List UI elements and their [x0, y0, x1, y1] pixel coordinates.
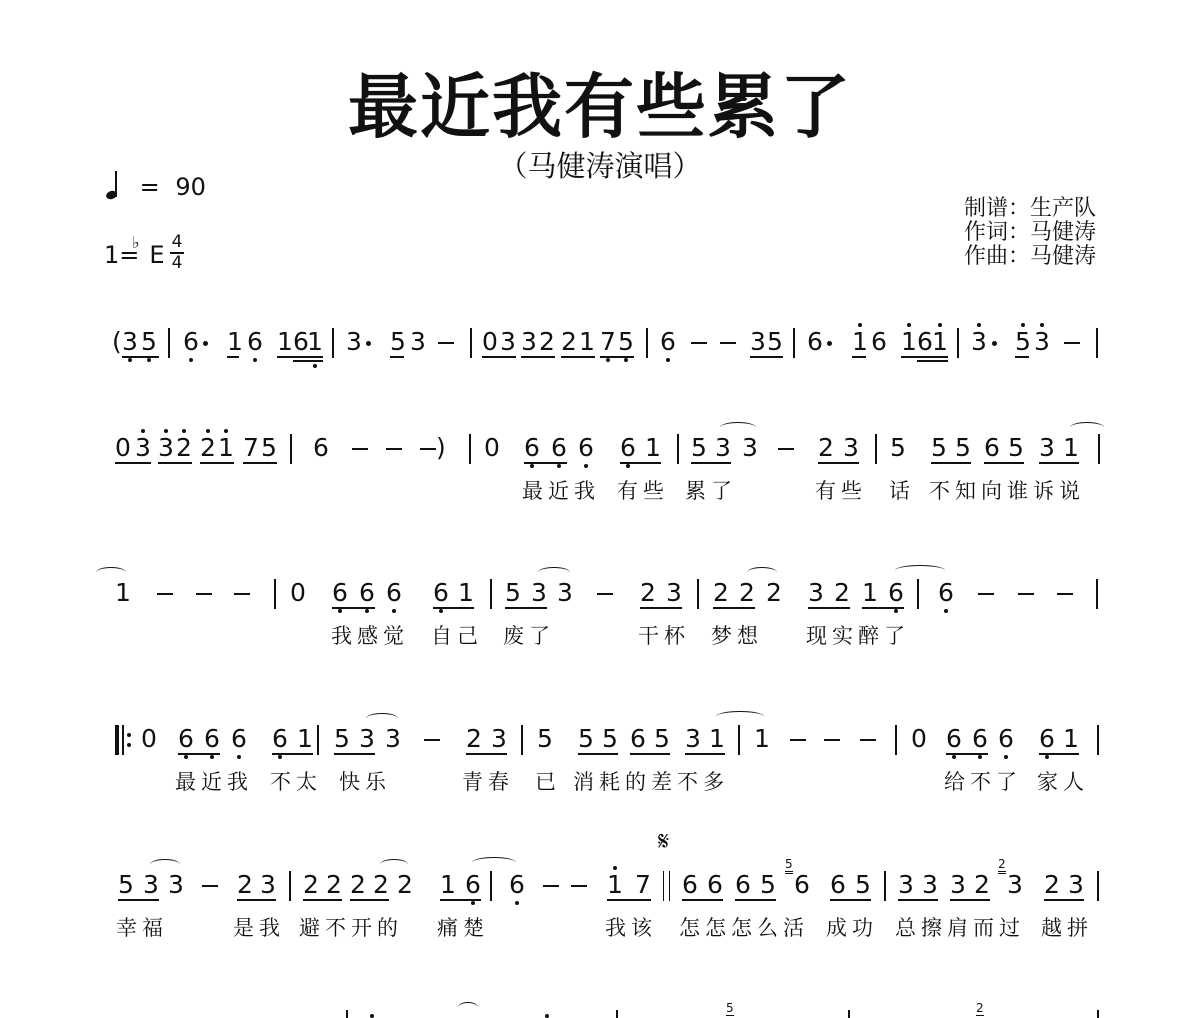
note: 1 [901, 328, 917, 356]
credit-arranger: 制谱：生产队 [964, 197, 1096, 221]
quarter-note-icon [106, 171, 122, 201]
lyric: 给不了 [944, 769, 1022, 795]
note: 3 [715, 434, 731, 462]
close-paren: ) [436, 434, 446, 462]
tie [472, 857, 516, 868]
open-paren: ( [112, 328, 122, 356]
note: 2 [713, 579, 729, 607]
note: 1 [579, 328, 595, 356]
credit-lyricist: 作词：马健涛 [964, 221, 1096, 245]
note: 5 [505, 579, 521, 607]
note: 3 [143, 871, 159, 899]
lyric: 不太 [270, 769, 322, 795]
note: 5 [334, 725, 350, 753]
note: 2 [766, 579, 782, 607]
note: 3 [491, 725, 507, 753]
lyric: 怎怎怎么活 [679, 915, 809, 941]
credits: 制谱：生产队 作词：马健涛 作曲：马健涛 [964, 197, 1096, 269]
note: 6 [386, 579, 402, 607]
note: 2 [350, 871, 366, 899]
tie [366, 713, 398, 724]
lyric: 自己 [431, 623, 483, 649]
tempo-bpm: 90 [175, 173, 206, 201]
note: 3 [742, 434, 758, 462]
note: 3 [346, 328, 362, 356]
lyric: 痛楚 [437, 915, 489, 941]
note: 1 [277, 328, 293, 356]
note: 3 [557, 579, 573, 607]
note: 2 [466, 725, 482, 753]
lyric: 总擦肩而过 [895, 915, 1025, 941]
tie [538, 567, 570, 578]
note: 2 [397, 871, 413, 899]
note: 1 [297, 725, 313, 753]
note: 5 [118, 871, 134, 899]
note: 5 [955, 434, 971, 462]
note: 6 [204, 725, 220, 753]
note: 6 [984, 434, 1000, 462]
note: 6 [735, 871, 751, 899]
note: 2 [373, 871, 389, 899]
lyric: 梦想 [711, 623, 763, 649]
note: 6 [551, 434, 567, 462]
lyric: 废了 [503, 623, 555, 649]
note: 3 [531, 579, 547, 607]
note: 2 [974, 871, 990, 899]
note: 1 [307, 328, 323, 356]
note: 6 [509, 871, 525, 899]
note: 6 [178, 725, 194, 753]
note: 3 [158, 434, 174, 462]
note: 5 [767, 328, 783, 356]
note: 6 [807, 328, 823, 356]
note: 1 [227, 328, 243, 356]
lyric: 最近我 [522, 478, 600, 504]
double-barline [663, 871, 670, 901]
note: 5 [855, 871, 871, 899]
note: 0 [141, 725, 157, 753]
lyric: 避不开的 [299, 915, 403, 941]
note: 1 [709, 725, 725, 753]
note: 3 [750, 328, 766, 356]
lyric: 累了 [685, 478, 737, 504]
note: 3 [685, 725, 701, 753]
note: 3 [808, 579, 824, 607]
tie [747, 567, 777, 578]
note: 2 [200, 434, 216, 462]
note: 5 [654, 725, 670, 753]
note: 3 [168, 871, 184, 899]
note: 6 [660, 328, 676, 356]
note: 2 [303, 871, 319, 899]
note: 0 [290, 579, 306, 607]
note: 3 [1039, 434, 1055, 462]
note: 3 [971, 328, 987, 356]
time-signature: 4 4 [170, 234, 184, 272]
tie [716, 711, 764, 722]
barline [168, 328, 170, 358]
note: 6 [830, 871, 846, 899]
note: 7 [600, 328, 616, 356]
note: 3 [1068, 871, 1084, 899]
flat-icon: ♭ [132, 226, 140, 260]
note: 0 [484, 434, 500, 462]
note: 6 [888, 579, 904, 607]
grace-note: 2 [976, 1002, 984, 1016]
note: 2 [237, 871, 253, 899]
note: 3 [898, 871, 914, 899]
note: 5 [261, 434, 277, 462]
tie [380, 859, 408, 870]
note: 3 [122, 328, 138, 356]
note: 3 [843, 434, 859, 462]
note: 5 [890, 434, 906, 462]
note: 1 [645, 434, 661, 462]
grace-note: 5 [785, 858, 793, 874]
lyric: 干杯 [638, 623, 690, 649]
note: 5 [618, 328, 634, 356]
note: 6 [917, 328, 933, 356]
note: 3 [1034, 328, 1050, 356]
note: 6 [871, 328, 887, 356]
lyric: 家人 [1037, 769, 1089, 795]
note: 2 [818, 434, 834, 462]
note: 6 [1039, 725, 1055, 753]
lyric: 不知向谁诉说 [929, 478, 1085, 504]
score-title: 最近我有些累了 [0, 62, 1200, 152]
note: 6 [465, 871, 481, 899]
note: 6 [794, 871, 810, 899]
note: 5 [1015, 328, 1031, 356]
lyric: 有些 [617, 478, 669, 504]
note: 2 [561, 328, 577, 356]
note: 6 [332, 579, 348, 607]
segno-icon: 𝄋 [658, 829, 669, 855]
tempo-equals: = [140, 173, 160, 201]
tie [1070, 422, 1104, 433]
note: 3 [500, 328, 516, 356]
note: 6 [998, 725, 1014, 753]
lyric: 话 [889, 478, 915, 504]
note: 6 [682, 871, 698, 899]
note: 3 [666, 579, 682, 607]
note: 2 [326, 871, 342, 899]
note: 3 [260, 871, 276, 899]
note: 2 [834, 579, 850, 607]
time-sig-bottom: 4 [170, 255, 184, 272]
note: 3 [922, 871, 938, 899]
note: 3 [950, 871, 966, 899]
note: 7 [243, 434, 259, 462]
note: 6 [630, 725, 646, 753]
note: 6 [247, 328, 263, 356]
lyric: 消耗的差不多 [573, 769, 729, 795]
lyric: 成功 [826, 915, 878, 941]
credit-composer: 作曲：马健涛 [964, 245, 1096, 269]
note: 6 [938, 579, 954, 607]
note: 1 [852, 328, 868, 356]
note: 3 [521, 328, 537, 356]
note: 6 [946, 725, 962, 753]
lyric: 青春 [462, 769, 514, 795]
lyric: 是我 [233, 915, 285, 941]
note: 6 [620, 434, 636, 462]
note: 1 [115, 579, 131, 607]
grace-note: 5 [726, 1002, 734, 1016]
lyric: 有些 [815, 478, 867, 504]
note: 3 [385, 725, 401, 753]
note: 5 [931, 434, 947, 462]
tie [895, 565, 945, 576]
note: 7 [635, 871, 651, 899]
note: 1 [932, 328, 948, 356]
note: 0 [115, 434, 131, 462]
lyric: 越拼 [1041, 915, 1093, 941]
note: 6 [524, 434, 540, 462]
tie [150, 859, 180, 870]
note: 5 [390, 328, 406, 356]
lyric: 幸福 [116, 915, 168, 941]
note: 2 [739, 579, 755, 607]
note: 6 [272, 725, 288, 753]
note: 0 [911, 725, 927, 753]
note: 6 [972, 725, 988, 753]
note: 1 [1063, 434, 1079, 462]
lyric: 已 [535, 769, 561, 795]
note: 3 [359, 725, 375, 753]
note: 5 [602, 725, 618, 753]
time-sig-top: 4 [170, 234, 184, 251]
note: 1 [1063, 725, 1079, 753]
note: 1 [440, 871, 456, 899]
note: 3 [135, 434, 151, 462]
note: 6 [313, 434, 329, 462]
note: 1 [754, 725, 770, 753]
lyric: 最近我 [175, 769, 253, 795]
note: 6 [231, 725, 247, 753]
note: 2 [1044, 871, 1060, 899]
key-signature: 1=♭E 4 4 [104, 238, 165, 272]
note: 2 [176, 434, 192, 462]
tempo-marking: = 90 [106, 170, 206, 204]
note: 5 [691, 434, 707, 462]
tie [720, 422, 756, 433]
note: 1 [218, 434, 234, 462]
note: 5 [537, 725, 553, 753]
note: 1 [862, 579, 878, 607]
note: 5 [760, 871, 776, 899]
note: 1 [458, 579, 474, 607]
grace-note: 2 [998, 858, 1006, 874]
note: 1 [607, 871, 623, 899]
note: 2 [640, 579, 656, 607]
lyric: 快乐 [339, 769, 391, 795]
note: 2 [539, 328, 555, 356]
note: 6 [707, 871, 723, 899]
note: 5 [1008, 434, 1024, 462]
note: 5 [578, 725, 594, 753]
key-tonic: E [149, 241, 164, 269]
tie [96, 567, 126, 578]
note: 3 [1007, 871, 1023, 899]
note: 5 [141, 328, 157, 356]
lyric: 我感觉 [331, 623, 409, 649]
note: 6 [578, 434, 594, 462]
note: 0 [482, 328, 498, 356]
repeat-start-barline [115, 725, 124, 755]
note: 6 [359, 579, 375, 607]
lyric: 我该 [605, 915, 657, 941]
note: 6 [433, 579, 449, 607]
note: 6 [183, 328, 199, 356]
lyric: 现实醉了 [806, 623, 910, 649]
note: 3 [410, 328, 426, 356]
